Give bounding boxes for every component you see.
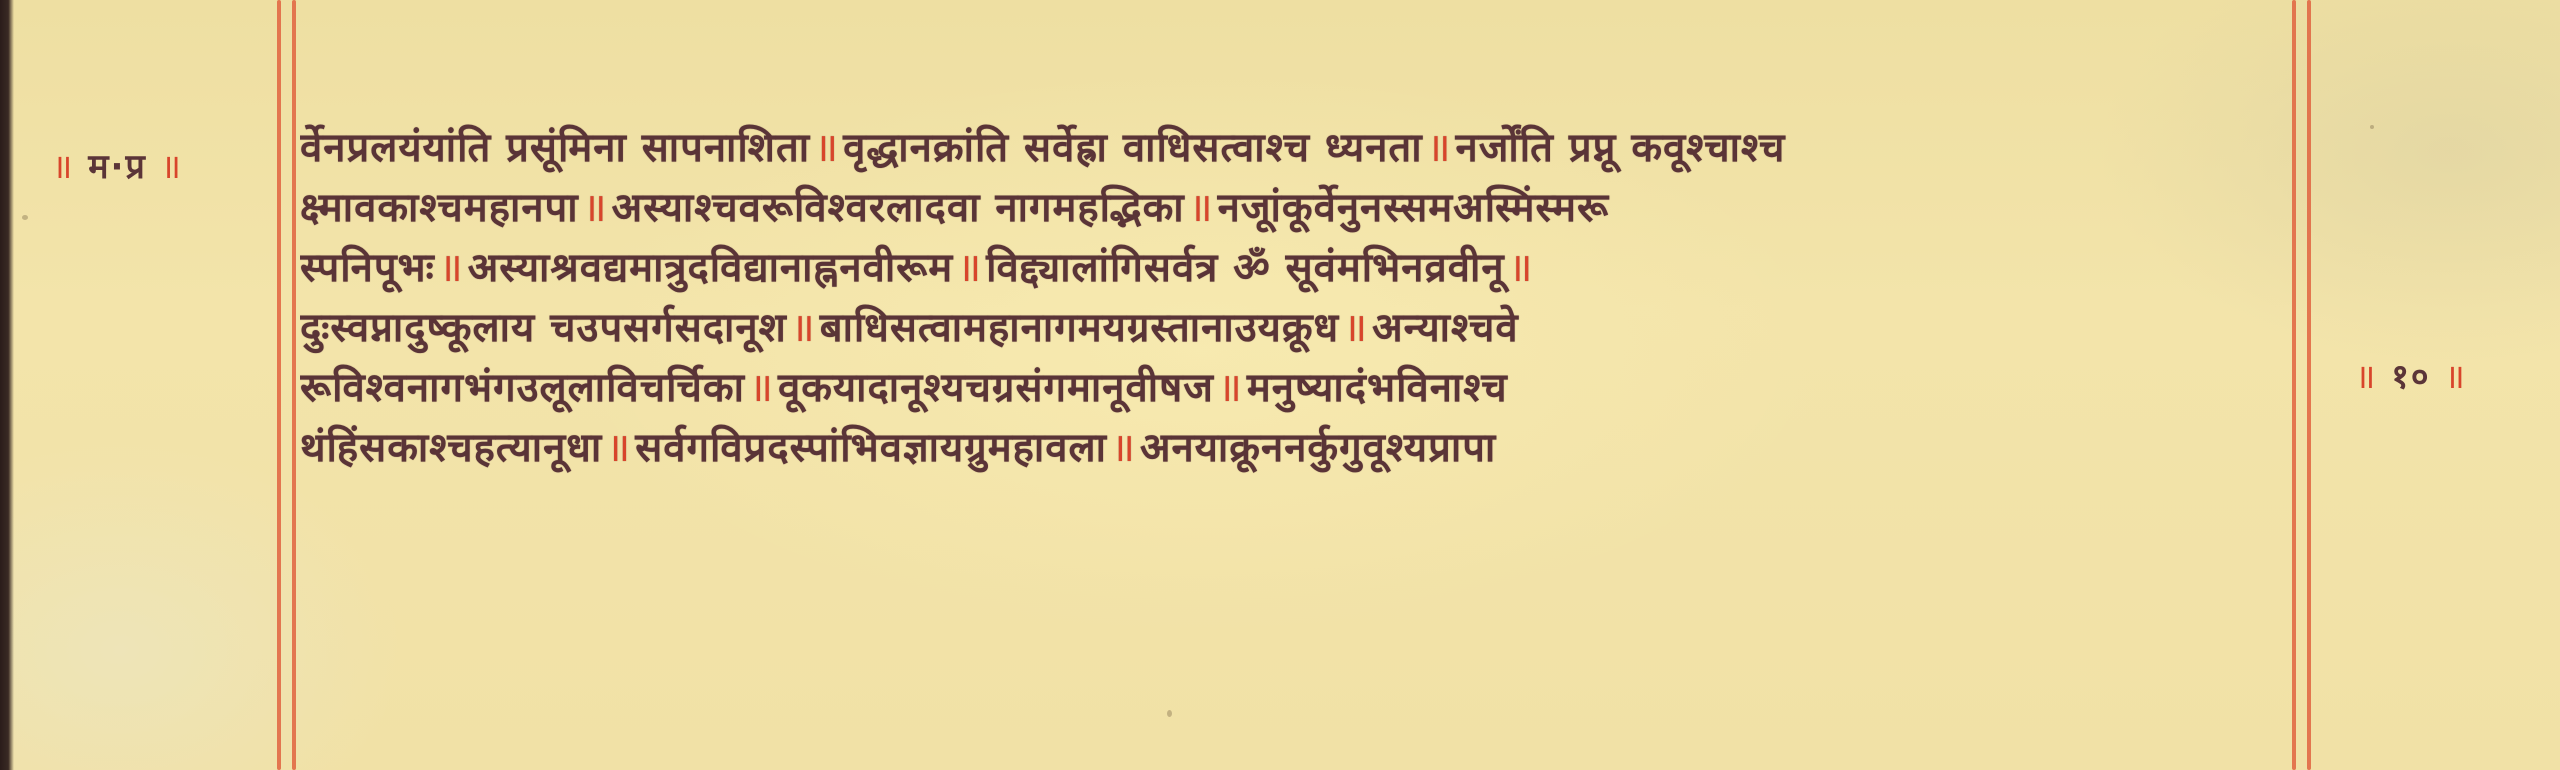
left-margin-rule-inner [292,0,296,770]
line-segment: बाधिसत्वामहानागमयग्रस्तानाउयक्रूध [820,305,1339,351]
line-segment: विद्द्यालांगिसर्वत्र ॐ सूवंमभिनव्रवीनू [986,245,1504,291]
danda-separator: ॥ [1427,125,1452,171]
line-segment: अस्याश्चवरूविश्वरलादवा नागमहद्भिका [612,185,1185,231]
danda-separator: ॥ [791,305,816,351]
line-segment: नजूांकूर्वेनुनस्समअस्मिंस्मरू [1218,185,1609,231]
line-segment: थंहिंसकाश्चहत्यानूधा [300,425,602,471]
right-margin-rule-outer [2307,0,2311,770]
danda-separator: ॥ [814,125,839,171]
manuscript-text-block: र्वेनप्रलयंयांति प्रसूंमिना सापनाशिता॥वृ… [300,118,2290,478]
line-segment: वूकयादानूश्यचग्रसंगमानूवीषज [778,365,1214,411]
paper-speck [1167,710,1172,717]
danda-separator: ॥ [1111,425,1136,471]
danda-separator: ॥ [1343,305,1368,351]
danda-separator: ॥ [439,245,464,291]
danda-close: ॥ [2444,357,2466,397]
text-line-1: र्वेनप्रलयंयांति प्रसूंमिना सापनाशिता॥वृ… [300,118,2290,178]
danda-separator: ॥ [1218,365,1243,411]
text-line-4: दुःस्वप्नादुष्कूलाय चउपसर्गसदानूश॥बाधिसत… [300,298,2290,358]
danda-separator: ॥ [606,425,631,471]
left-margin-rule-outer [277,0,281,770]
danda-separator: ॥ [1189,185,1214,231]
danda-separator: ॥ [957,245,982,291]
margin-title-text: म·प्र [88,147,147,187]
text-line-3: स्पनिपूभः॥अस्याश्रवद्यमात्रुदविद्यानाह्न… [300,238,2290,298]
text-line-5: रूविश्वनागभंगउलूलाविचर्चिका॥वूकयादानूश्य… [300,358,2290,418]
line-segment: अन्याश्चवे [1372,305,1519,351]
manuscript-folio: ॥ म·प्र ॥ ॥ १० ॥ र्वेनप्रलयंयांति प्रसूं… [0,0,2560,770]
paper-speck [22,215,28,220]
danda-open: ॥ [2355,357,2377,397]
line-segment: स्पनिपूभः [300,245,435,291]
danda-separator: ॥ [749,365,774,411]
line-segment: सर्वगविप्रदस्पांभिवज्ञायग्रुमहावला [635,425,1107,471]
folio-number-text: १० [2391,357,2430,397]
line-segment: वृद्धानक्रांति सर्वेह्रा वाधिसत्वाश्च ध्… [843,125,1422,171]
danda-open: ॥ [52,147,74,187]
line-segment: दुःस्वप्नादुष्कूलाय चउपसर्गसदानूश [300,305,787,351]
line-segment: नर्जोंति प्रप्नू कवूश्चाश्च [1456,125,1786,171]
danda-separator: ॥ [583,185,608,231]
line-segment: रूविश्वनागभंगउलूलाविचर्चिका [300,365,745,411]
line-segment: मनुष्यादंभविनाश्च [1247,365,1508,411]
danda-close: ॥ [161,147,183,187]
page-edge-shadow [0,0,14,770]
line-segment: अस्याश्रवद्यमात्रुदविद्यानाह्ननवीरूम [468,245,953,291]
paper-speck [2370,125,2374,129]
text-line-2: क्ष्मावकाश्चमहानपा॥अस्याश्चवरूविश्वरलादव… [300,178,2290,238]
text-line-6: थंहिंसकाश्चहत्यानूधा॥सर्वगविप्रदस्पांभिव… [300,418,2290,478]
right-margin-folio-number: ॥ १० ॥ [2355,352,2467,398]
line-segment: र्वेनप्रलयंयांति प्रसूंमिना सापनाशिता [300,125,810,171]
line-segment: अनयाक्रूननर्कुगुवूश्यप्रापा [1140,425,1496,471]
danda-separator: ॥ [1509,245,1534,291]
right-margin-rule-inner [2292,0,2296,770]
left-margin-title-abbreviation: ॥ म·प्र ॥ [52,142,183,188]
line-segment: क्ष्मावकाश्चमहानपा [300,185,579,231]
